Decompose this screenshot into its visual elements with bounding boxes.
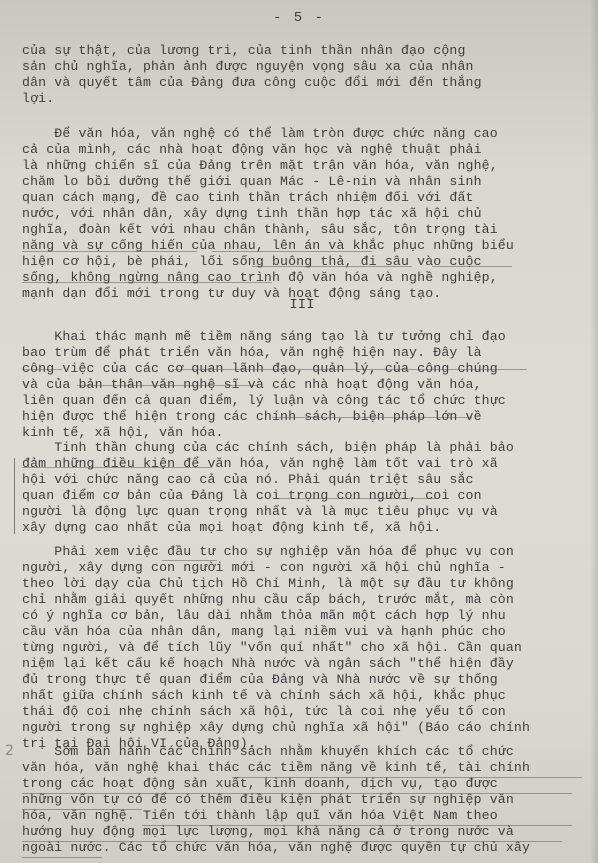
text-line: xây dựng cao nhất của mọi hoạt động kinh… xyxy=(22,520,441,536)
margin-annotation: 2 xyxy=(5,743,14,759)
text-line: nghĩa, đoàn kết với nhau chân thành, sâu… xyxy=(22,222,498,238)
pen-underline xyxy=(277,498,437,499)
pen-underline xyxy=(22,809,142,810)
text-line: cả của mình, các nhà hoạt động văn học v… xyxy=(22,142,482,158)
pen-underline xyxy=(22,369,62,370)
pen-underline xyxy=(22,857,102,858)
pen-underline xyxy=(142,825,572,826)
text-line: hướng huy động mọi lực lượng, mọi khả nă… xyxy=(22,824,514,840)
text-line: hóa, văn nghệ. Tiến tới thành lập quĩ vă… xyxy=(22,808,498,824)
pen-underline xyxy=(162,560,217,561)
margin-mark-bar xyxy=(14,458,15,534)
text-line: ngoài nước. Các tổ chức văn hóa, văn ngh… xyxy=(22,840,530,856)
text-line: Phải xem việc đầu tư cho sự nghiệp văn h… xyxy=(22,544,514,560)
text-line: Khai thác mạnh mẽ tiềm năng sáng tạo là … xyxy=(22,329,506,345)
text-line: người là động lực quan trọng nhất và là … xyxy=(22,504,498,520)
text-line: những vốn tự có để có thêm điều kiện phá… xyxy=(22,792,514,808)
pen-underline xyxy=(232,777,582,778)
text-line: có ý nghĩa cơ bản, lâu dài nhằm thỏa mãn… xyxy=(22,608,506,624)
page-number: - 5 - xyxy=(0,10,598,26)
pen-underline xyxy=(252,266,412,267)
pen-underline xyxy=(272,417,472,418)
text-line: kinh tế, xã hội, văn hóa. xyxy=(22,425,224,441)
text-line: niệm lại kết cấu kế hoạch Nhà nước và ng… xyxy=(22,656,514,672)
text-line: người, xây dựng con người mới - con ngườ… xyxy=(22,560,506,576)
text-line: sản chủ nghĩa, phản ảnh được nguyện vọng… xyxy=(22,59,474,75)
text-line: Sớm ban hành các chính sách nhằm khuyến … xyxy=(22,744,514,760)
text-line: là những chiến sĩ của Đảng trên mặt trận… xyxy=(22,158,498,174)
text-line: hiện cơ hội, bè phái, lối sống buông thả… xyxy=(22,254,482,270)
text-line: thái độ coi nhẹ chính sách xã hội, tức l… xyxy=(22,704,506,720)
section-heading: III xyxy=(22,297,582,313)
text-line: văn hóa, văn nghệ khai thác các tiềm năn… xyxy=(22,760,530,776)
text-line: lợi. xyxy=(22,91,54,107)
pen-underline xyxy=(172,369,527,370)
pen-underline xyxy=(22,251,197,252)
text-line: liên quan đến cả quan điểm, lý luận và c… xyxy=(22,393,506,409)
text-line: chỉ nhằm giải quyết những nhu cầu cấp bá… xyxy=(22,592,514,608)
text-line: đảm những điều kiện để văn hóa, văn nghệ… xyxy=(22,456,498,472)
text-line: của sự thật, của lương tri, của tinh thầ… xyxy=(22,43,466,59)
text-line: trong các hoạt động sản xuất, kinh doanh… xyxy=(22,776,498,792)
text-line: theo lời dạy của Chủ tịch Hồ Chí Minh, l… xyxy=(22,576,514,592)
page-edge-shadow xyxy=(590,0,598,863)
pen-underline xyxy=(22,793,572,794)
text-line: cầu văn hóa của nhân dân, mang lại niềm … xyxy=(22,624,506,640)
text-line: từng người, và để tích lũy "vốn quí nhất… xyxy=(22,640,522,656)
text-line: hội với chức năng cao cả của nó. Phải qu… xyxy=(22,472,474,488)
text-line: dân và quyết tâm của Đảng đưa công cuộc … xyxy=(22,75,482,91)
pen-underline xyxy=(22,841,562,842)
pen-underline xyxy=(22,467,212,468)
pen-underline xyxy=(77,385,257,386)
text-line: quan cách mạng, đề cao tinh thần trách n… xyxy=(22,190,474,206)
pen-underline xyxy=(432,266,512,267)
text-line: Tinh thần chung của các chính sách, biện… xyxy=(22,440,514,456)
text-line: nước, với nhân dân, xây dựng tinh thần h… xyxy=(22,206,482,222)
pen-underline xyxy=(212,251,372,252)
text-line: nhất giữa chính sách kinh tế và chính sá… xyxy=(22,688,506,704)
text-line: Để văn hóa, văn nghệ có thể làm tròn đượ… xyxy=(22,126,498,142)
text-line: quan điểm cơ bản của Đảng là coi trọng c… xyxy=(22,488,482,504)
text-line: chăm lo bồi dưỡng thế giới quan Mác - Lê… xyxy=(22,174,482,190)
pen-underline xyxy=(22,282,272,283)
text-line: người trong sự nghiệp xây dựng chủ nghĩa… xyxy=(22,720,530,736)
text-line: đủ trong thực tế quan điểm của Đảng và N… xyxy=(22,672,498,688)
text-line: sống, không ngừng nâng cao trình độ văn … xyxy=(22,270,498,286)
text-line: bao trùm để phát triển văn hóa, văn nghệ… xyxy=(22,345,482,361)
